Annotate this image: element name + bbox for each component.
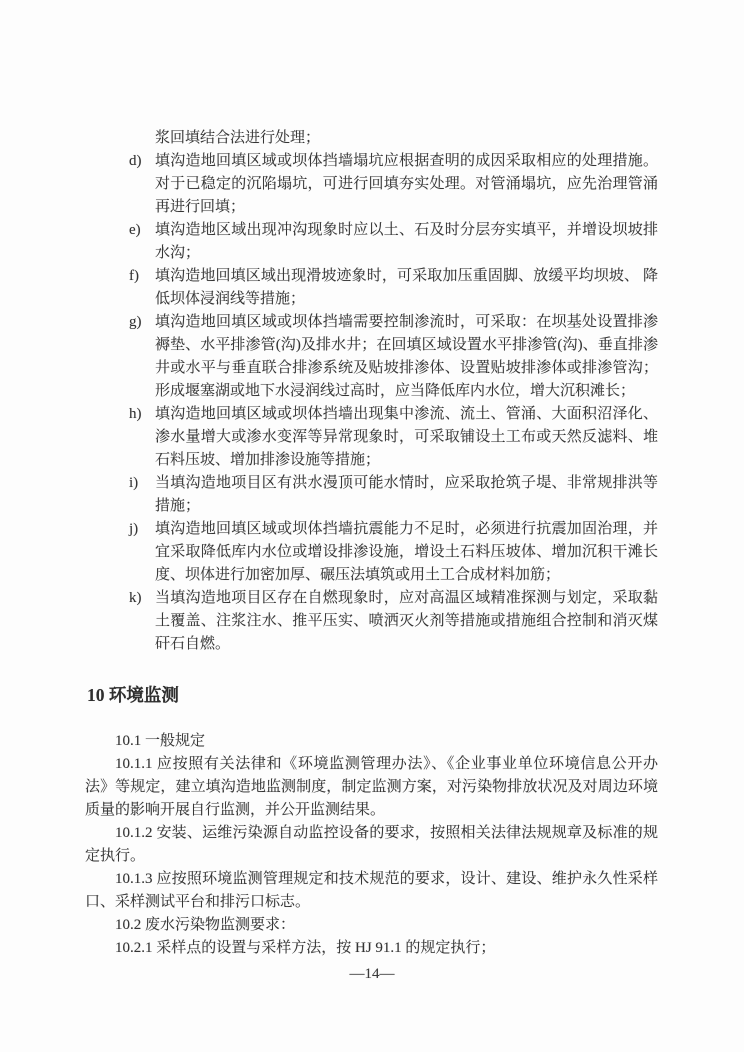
clause-text: 填沟造地回填区域或坝体挡墙抗震能力不足时，必须进行抗震加固治理，并宜采取降低库内…	[155, 518, 658, 587]
paragraph-10-1: 10.1 一般规定	[85, 730, 658, 753]
clause-label: k)	[129, 587, 155, 656]
clause-item-d: d) 填沟造地回填区域或坝体挡墙塌坑应根据查明的成因采取相应的处理措施。对于已稳…	[129, 150, 658, 219]
clause-item-g: g) 填沟造地回填区域或坝体挡墙需要控制渗流时，可采取：在坝基处设置排渗褥垫、水…	[129, 311, 658, 403]
clause-list: 浆回填结合法进行处理； d) 填沟造地回填区域或坝体挡墙塌坑应根据查明的成因采取…	[129, 127, 658, 656]
paragraph-10-2-1: 10.2.1 采样点的设置与采样方法，按 HJ 91.1 的规定执行；	[85, 937, 658, 960]
clause-text: 填沟造地回填区域出现滑坡迹象时，可采取加压重固脚、放缓平均坝坡、 降低坝体浸润线…	[155, 265, 658, 311]
clause-item-j: j) 填沟造地回填区域或坝体挡墙抗震能力不足时，必须进行抗震加固治理，并宜采取降…	[129, 518, 658, 587]
clause-label: h)	[129, 403, 155, 472]
paragraph-10-1-3: 10.1.3 应按照环境监测管理规定和技术规范的要求，设计、建设、维护永久性采样…	[85, 868, 658, 914]
clause-text: 填沟造地区域出现冲沟现象时应以土、石及时分层夯实填平，并增设坝坡排水沟；	[155, 219, 658, 265]
clause-item-i: i) 当填沟造地项目区有洪水漫顶可能水情时，应采取抢筑子堤、非常规排洪等措施；	[129, 472, 658, 518]
clause-item-f: f) 填沟造地回填区域出现滑坡迹象时，可采取加压重固脚、放缓平均坝坡、 降低坝体…	[129, 265, 658, 311]
clause-label: d)	[129, 150, 155, 219]
paragraph-10-1-2: 10.1.2 安装、运维污染源自动监控设备的要求，按照相关法律法规规章及标准的规…	[85, 822, 658, 868]
page-content: 浆回填结合法进行处理； d) 填沟造地回填区域或坝体挡墙塌坑应根据查明的成因采取…	[85, 127, 658, 960]
clause-label: g)	[129, 311, 155, 403]
clause-label: j)	[129, 518, 155, 587]
clause-text: 当填沟造地项目区有洪水漫顶可能水情时，应采取抢筑子堤、非常规排洪等措施；	[155, 472, 658, 518]
clause-text: 填沟造地回填区域或坝体挡墙出现集中渗流、流土、管涌、大面积沼泽化、渗水量增大或渗…	[155, 403, 658, 472]
clause-label: e)	[129, 219, 155, 265]
page-number: —14—	[0, 964, 744, 984]
clause-text: 填沟造地回填区域或坝体挡墙需要控制渗流时，可采取：在坝基处设置排渗褥垫、水平排渗…	[155, 311, 658, 403]
clause-item-k: k) 当填沟造地项目区存在自燃现象时，应对高温区域精准探测与划定，采取黏土覆盖、…	[129, 587, 658, 656]
paragraph-10-1-1: 10.1.1 应按照有关法律和《环境监测管理办法》、《企业事业单位环境信息公开办…	[85, 753, 658, 822]
clause-text: 当填沟造地项目区存在自燃现象时，应对高温区域精准探测与划定，采取黏土覆盖、注浆注…	[155, 587, 658, 656]
clause-text: 浆回填结合法进行处理；	[155, 127, 658, 150]
paragraph-block: 10.1 一般规定 10.1.1 应按照有关法律和《环境监测管理办法》、《企业事…	[85, 730, 658, 960]
clause-label: f)	[129, 265, 155, 311]
clause-label: i)	[129, 472, 155, 518]
clause-label	[129, 127, 155, 150]
clause-item-e: e) 填沟造地区域出现冲沟现象时应以土、石及时分层夯实填平，并增设坝坡排水沟；	[129, 219, 658, 265]
clause-text: 填沟造地回填区域或坝体挡墙塌坑应根据查明的成因采取相应的处理措施。对于已稳定的沉…	[155, 150, 658, 219]
section-heading: 10 环境监测	[87, 683, 658, 707]
clause-item-c-continuation: 浆回填结合法进行处理；	[129, 127, 658, 150]
paragraph-10-2: 10.2 废水污染物监测要求：	[85, 914, 658, 937]
clause-item-h: h) 填沟造地回填区域或坝体挡墙出现集中渗流、流土、管涌、大面积沼泽化、渗水量增…	[129, 403, 658, 472]
document-page: 浆回填结合法进行处理； d) 填沟造地回填区域或坝体挡墙塌坑应根据查明的成因采取…	[0, 0, 744, 1052]
